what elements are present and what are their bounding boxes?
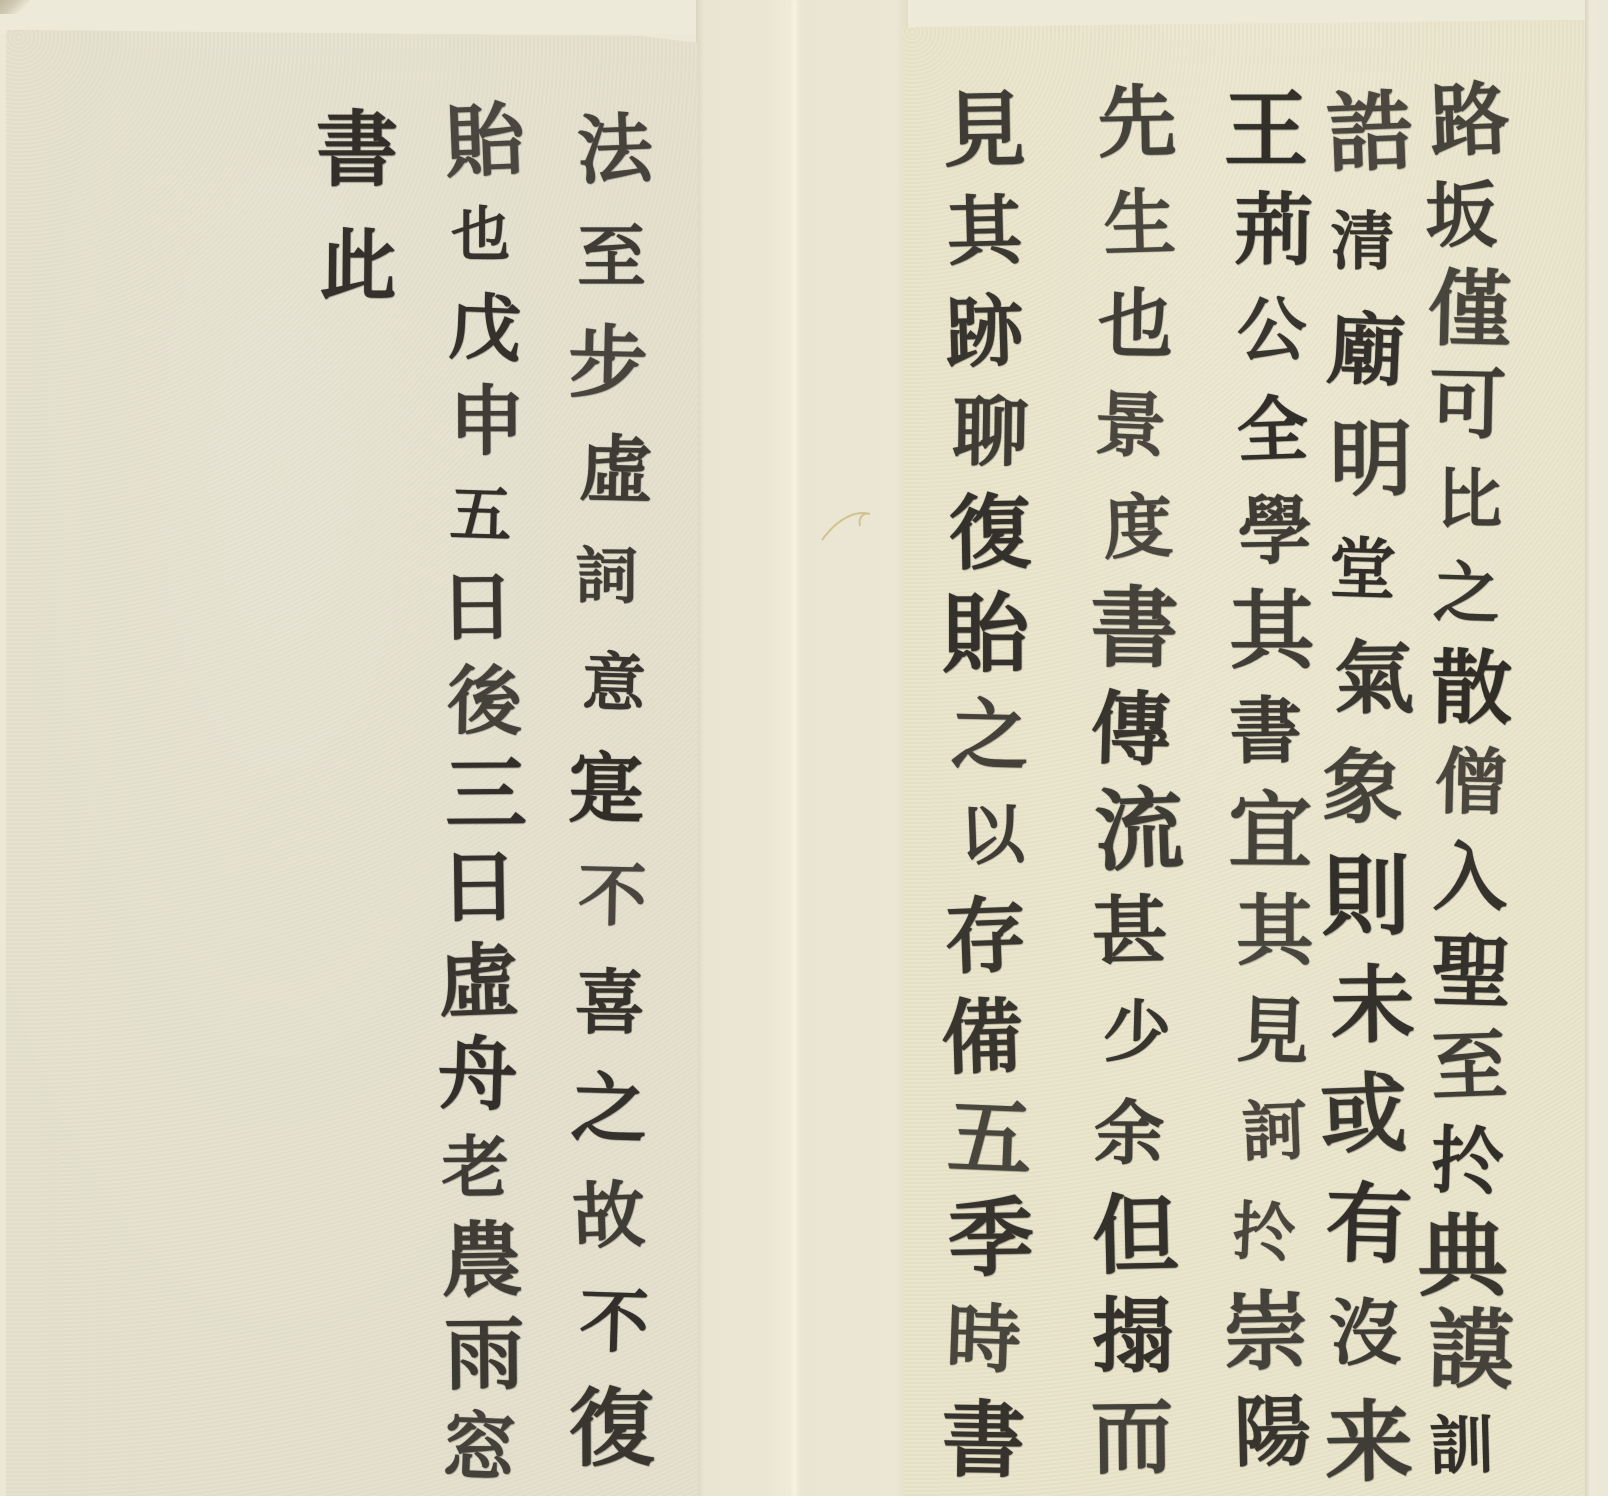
calligraphy-character: 農 [440, 1220, 523, 1303]
calligraphy-character: 生 [1103, 186, 1177, 260]
calligraphy-character: 坂 [1425, 179, 1497, 251]
calligraphy-character: 季 [947, 1195, 1034, 1282]
calligraphy-character: 誥 [1325, 87, 1415, 177]
calligraphy-character: 時 [945, 1301, 1022, 1378]
calligraphy-character: 喜 [574, 967, 645, 1038]
calligraphy-character: 窓 [440, 1409, 517, 1486]
right-leaf: 路坂僅可比之散僧入聖至扵典謨訓誥清廟明堂氣象則未或有沒来王荊公全學其書宜其見訶扵… [903, 20, 1585, 1496]
calligraphy-character: 王 [1224, 89, 1308, 173]
center-fold-crease [793, 0, 796, 1496]
calligraphy-character: 舟 [436, 1034, 518, 1116]
calligraphy-character: 聊 [952, 394, 1029, 471]
calligraphy-character: 見 [1236, 995, 1310, 1069]
calligraphy-character: 備 [940, 995, 1024, 1079]
calligraphy-character: 步 [567, 323, 648, 404]
calligraphy-character: 日 [440, 571, 515, 646]
calligraphy-character: 虛 [579, 432, 653, 506]
calligraphy-character: 至 [1430, 1027, 1509, 1106]
calligraphy-character: 申 [449, 384, 525, 460]
center-gap-backing [696, 0, 908, 1496]
calligraphy-character: 見 [943, 88, 1027, 172]
calligraphy-character: 至 [577, 222, 646, 291]
left-leaf: 法至步虛詞意寔不喜之故不復貽也戊申五日後三日虛舟老農雨窓書此 [6, 30, 698, 1496]
calligraphy-character: 復 [948, 492, 1031, 575]
calligraphy-character: 書 [1229, 695, 1302, 768]
calligraphy-character: 路 [1429, 79, 1511, 161]
right-leaf-text-column-1: 路坂僅可比之散僧入聖至扵典謨訓 [1419, 80, 1513, 1485]
calligraphy-character: 意 [581, 650, 646, 715]
calligraphy-character: 也 [1097, 286, 1174, 363]
calligraphy-character: 學 [1237, 494, 1312, 569]
calligraphy-character: 廟 [1326, 310, 1407, 391]
calligraphy-character: 詞 [575, 545, 638, 608]
calligraphy-character: 其 [946, 192, 1023, 269]
calligraphy-character: 書 [941, 1398, 1025, 1482]
calligraphy-character: 聖 [1430, 931, 1512, 1013]
calligraphy-character: 後 [447, 664, 523, 740]
calligraphy-character: 余 [1094, 1098, 1165, 1169]
calligraphy-character: 則 [1321, 852, 1410, 941]
calligraphy-character: 象 [1322, 746, 1404, 828]
calligraphy-character: 傳 [1090, 688, 1172, 770]
calligraphy-character: 復 [569, 1386, 654, 1471]
calligraphy-character: 其 [1229, 589, 1314, 674]
calligraphy-character: 不 [579, 1287, 650, 1358]
calligraphy-character: 三 [445, 754, 527, 836]
calligraphy-character: 故 [571, 1178, 646, 1253]
calligraphy-character: 之 [570, 1070, 648, 1148]
left-leaf-text-column-1: 法至步虛詞意寔不喜之故不復 [564, 112, 658, 1467]
calligraphy-character: 五 [449, 484, 512, 547]
calligraphy-character: 訶 [1240, 1098, 1309, 1167]
calligraphy-character: 虛 [437, 940, 520, 1023]
calligraphy-character: 貽 [443, 101, 526, 184]
calligraphy-character: 寔 [567, 751, 645, 829]
calligraphy-character: 雨 [444, 1314, 525, 1395]
calligraphy-character: 全 [1236, 395, 1309, 468]
calligraphy-character: 書 [316, 109, 398, 191]
calligraphy-character: 崇 [1222, 1289, 1310, 1377]
calligraphy-character: 僧 [1434, 746, 1507, 819]
calligraphy-character: 此 [319, 227, 396, 304]
calligraphy-character: 但 [1091, 1190, 1179, 1278]
calligraphy-character: 陽 [1233, 1394, 1311, 1472]
calligraphy-character: 明 [1330, 418, 1413, 501]
calligraphy-character: 貽 [942, 590, 1029, 677]
calligraphy-character: 流 [1093, 784, 1185, 876]
calligraphy-character: 跡 [945, 292, 1025, 372]
right-leaf-text-column-5: 見其跡聊復貽之以存備五季時書 [939, 90, 1033, 1480]
calligraphy-character: 清 [1330, 209, 1394, 273]
calligraphy-character: 沒 [1329, 1296, 1403, 1370]
calligraphy-character: 日 [439, 849, 518, 928]
calligraphy-character: 僅 [1427, 267, 1512, 352]
album-spread: 法至步虛詞意寔不喜之故不復貽也戊申五日後三日虛舟老農雨窓書此 路坂僅可比之散僧入… [0, 0, 1608, 1496]
calligraphy-character: 比 [1436, 466, 1502, 532]
calligraphy-character: 法 [576, 111, 654, 189]
calligraphy-character: 少 [1102, 997, 1172, 1067]
calligraphy-character: 之 [950, 695, 1029, 774]
calligraphy-character: 或 [1319, 1070, 1408, 1159]
calligraphy-character: 公 [1236, 296, 1307, 367]
calligraphy-character: 訓 [1429, 1412, 1495, 1478]
calligraphy-character: 也 [451, 206, 510, 265]
calligraphy-character: 不 [577, 861, 647, 931]
calligraphy-character: 扵 [1231, 1200, 1297, 1266]
left-leaf-text-column-3: 書此 [316, 112, 410, 304]
calligraphy-character: 先 [1097, 82, 1177, 162]
right-leaf-text-column-2: 誥清廟明堂氣象則未或有沒来 [1321, 92, 1415, 1482]
calligraphy-character: 之 [1432, 559, 1500, 627]
calligraphy-character: 而 [1090, 1395, 1173, 1478]
calligraphy-character: 老 [441, 1134, 509, 1202]
calligraphy-character: 荊 [1234, 191, 1313, 270]
calligraphy-character: 五 [946, 1094, 1033, 1181]
calligraphy-character: 景 [1093, 388, 1167, 462]
calligraphy-character: 其 [1236, 893, 1313, 970]
calligraphy-character: 謨 [1427, 1306, 1515, 1394]
calligraphy-character: 堂 [1328, 534, 1396, 602]
calligraphy-character: 典 [1418, 1211, 1508, 1301]
calligraphy-character: 宜 [1228, 790, 1312, 874]
calligraphy-character: 戊 [447, 291, 522, 366]
calligraphy-character: 書 [1090, 583, 1179, 672]
calligraphy-character: 扵 [1430, 1124, 1505, 1199]
right-leaf-text-column-4: 先生也景度書傳流甚少余但搨而 [1087, 82, 1181, 1477]
right-leaf-text-column-3: 王荊公全學其書宜其見訶扵崇陽 [1223, 92, 1317, 1472]
calligraphy-character: 入 [1432, 840, 1507, 915]
calligraphy-character: 来 [1324, 1397, 1413, 1486]
calligraphy-character: 存 [943, 893, 1028, 978]
calligraphy-character: 搨 [1092, 1295, 1174, 1377]
calligraphy-character: 度 [1102, 490, 1174, 562]
calligraphy-character: 散 [1431, 647, 1513, 729]
calligraphy-character: 未 [1330, 963, 1415, 1048]
calligraphy-character: 有 [1324, 1179, 1413, 1268]
calligraphy-character: 可 [1428, 365, 1506, 443]
calligraphy-character: 甚 [1091, 893, 1168, 970]
calligraphy-character: 以 [958, 802, 1025, 869]
calligraphy-character: 氣 [1333, 637, 1414, 718]
backing-paper-right-edge [1585, 0, 1608, 1496]
top-left-corner-shadow [0, 0, 30, 14]
left-leaf-text-column-2: 貽也戊申五日後三日虛舟老農雨窓 [434, 105, 528, 1485]
